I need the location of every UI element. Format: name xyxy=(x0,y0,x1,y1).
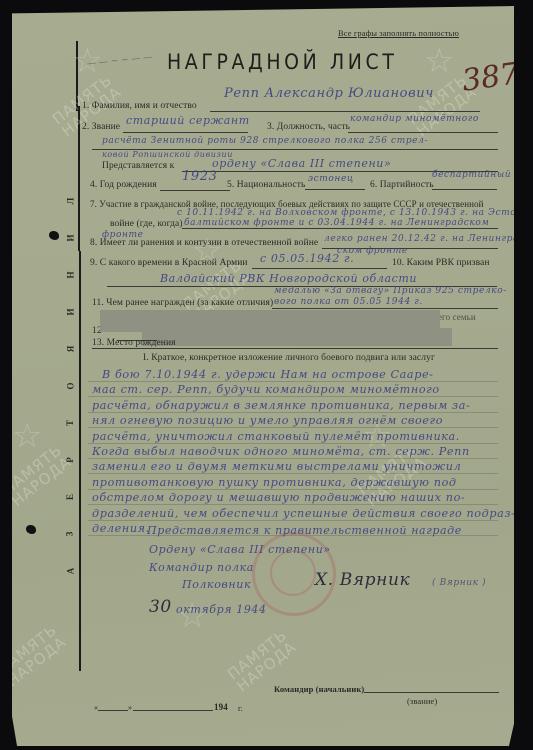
star-icon: ☆ xyxy=(177,596,207,636)
field-10-value: Валдайский РВК Новгородской области xyxy=(160,272,417,285)
field-3-value: командир миномётного xyxy=(350,114,479,124)
archive-number: 387 xyxy=(460,56,522,99)
star-icon: ☆ xyxy=(12,416,42,456)
year-suffix: г. xyxy=(238,703,243,713)
ruled-line xyxy=(88,520,498,521)
narrative-line: расчёта, обнаружил в землянке противника… xyxy=(92,399,470,412)
field-5-value: эстонец xyxy=(308,174,354,184)
commander-label: Командир (начальник) xyxy=(274,684,364,694)
field-10-label: 10. Каким РВК призван xyxy=(392,258,490,268)
field-7-value: с 10.11.1942 г. на Волховском фронте, с … xyxy=(177,208,520,218)
narrative-heading: I. Краткое, конкретное изложение личного… xyxy=(143,353,435,363)
narrative-line: нял огневую позицию и умело управляя огн… xyxy=(92,414,443,427)
year-prefix: 194 xyxy=(214,702,228,712)
redacted-block xyxy=(142,328,452,346)
signature-date-day: 30 xyxy=(149,597,172,617)
margin-letter: И xyxy=(66,234,76,241)
rank-label: (звание) xyxy=(407,696,437,706)
narrative-line: заменил его и двумя меткими выстрелами у… xyxy=(92,460,461,473)
margin-letter: Н xyxy=(66,271,76,278)
commander-rank: Полковник xyxy=(182,578,251,591)
header-note: Все графы заполнять полностью xyxy=(338,28,459,38)
commander-signature: Х. Вярник xyxy=(315,570,410,590)
field-8-value: легко ранен 20.12.42 г. на Ленинград- xyxy=(324,234,529,244)
ruled-line xyxy=(88,489,498,490)
narrative-line: противотанковую пушку противника, держав… xyxy=(92,476,457,489)
punch-hole xyxy=(26,525,36,534)
margin-letter: З xyxy=(64,532,74,537)
narrative-line: дразделений, чем обеспечил успешные дейс… xyxy=(92,507,515,520)
field-5-label: 5. Национальность xyxy=(227,180,305,190)
field-11-value: вого полка от 05.05 1944 г. xyxy=(274,297,423,307)
margin-letter: И xyxy=(66,308,76,315)
recommendation-text: Представляется к правительственной награ… xyxy=(147,524,462,537)
margin-letter: Л xyxy=(65,198,75,205)
margin-letter: Я xyxy=(65,346,75,353)
margin-letter: О xyxy=(66,382,76,389)
field-1-label: 1. Фамилия, имя и отчество xyxy=(82,101,197,111)
margin-letter: Т xyxy=(65,420,75,426)
document-title: НАГРАДНОЙ ЛИСТ xyxy=(167,50,397,74)
ruled-line xyxy=(88,504,498,505)
field-4-value: 1923 xyxy=(182,169,217,184)
field-11-label: 11. Чем ранее награжден (за какие отличи… xyxy=(92,298,273,308)
margin-letter: А xyxy=(65,568,75,575)
field-9-value: с 05.05.1942 г. xyxy=(260,252,354,265)
field-1-value: Репп Александр Юлианович xyxy=(224,86,434,101)
punch-hole xyxy=(49,231,59,240)
narrative-line: маа ст. сер. Репп, будучи командиром мин… xyxy=(92,383,440,396)
presented-label: Представляется к xyxy=(102,161,174,171)
narrative-line: обстрелом дорогу и мешавшую продвижению … xyxy=(92,491,465,504)
signature-date-month: октября 1944 xyxy=(176,603,267,616)
ruled-line xyxy=(88,396,498,397)
narrative-line: расчёта, уничтожил станковый пулемёт про… xyxy=(92,430,460,443)
ruled-line xyxy=(88,427,498,428)
field-6-label: 6. Партийность xyxy=(370,180,434,190)
field-9-label: 9. С какого времени в Красной Армии xyxy=(90,258,248,268)
field-4-label: 4. Год рождения xyxy=(90,180,157,190)
narrative-line: деления. xyxy=(92,522,150,535)
star-icon: ☆ xyxy=(424,41,454,81)
official-stamp-inner xyxy=(270,550,316,596)
commander-title: Командир полка xyxy=(149,561,254,574)
recommendation-award: Ордену «Слава III степени» xyxy=(149,543,331,556)
ruled-line xyxy=(88,443,498,444)
field-2-value: старший сержант xyxy=(126,114,250,127)
narrative-line: В бою 7.10.1944 г. удержи Нам на острове… xyxy=(102,368,434,381)
field-8-label: 8. Имеет ли ранения и контузии в отечест… xyxy=(90,238,318,248)
field-3-label: 3. Должность, часть xyxy=(267,122,350,132)
field-2-label: 2. Звание xyxy=(82,122,120,132)
margin-cut-line xyxy=(79,251,81,671)
ruled-line xyxy=(88,412,498,413)
date-quote-close: » xyxy=(128,703,132,712)
narrative-line: Когда выбыл наводчик одного миномёта, ст… xyxy=(92,445,470,458)
ruled-line xyxy=(88,381,498,382)
commander-name: ( Вярник ) xyxy=(432,578,486,588)
presented-value: ордену «Слава III степени» xyxy=(212,157,391,170)
margin-letter: Е xyxy=(65,494,75,500)
ruled-line xyxy=(88,458,498,459)
field-3-value: расчёта Зенитной роты 928 стрелкового по… xyxy=(102,136,428,146)
ruled-line xyxy=(88,473,498,474)
field-7-label: войне (где, когда) xyxy=(110,219,183,229)
field-7-value: балтийском фронте и с 03.04.1944 г. на Л… xyxy=(184,218,489,228)
field-13-label: 13. Место рождения xyxy=(92,338,176,348)
field-6-value: беспартийный xyxy=(432,170,511,180)
award-sheet-paper: ЛИНИЯОТРЕЗА ☆ ПАМЯТЬНАРОДА ☆ ПАМЯТЬНАРОД… xyxy=(12,6,514,746)
field-11-value: медалью «За отвагу» Приказ 925 стрелко- xyxy=(274,286,507,296)
watermark: ПАМЯТЬНАРОДА xyxy=(0,623,69,690)
